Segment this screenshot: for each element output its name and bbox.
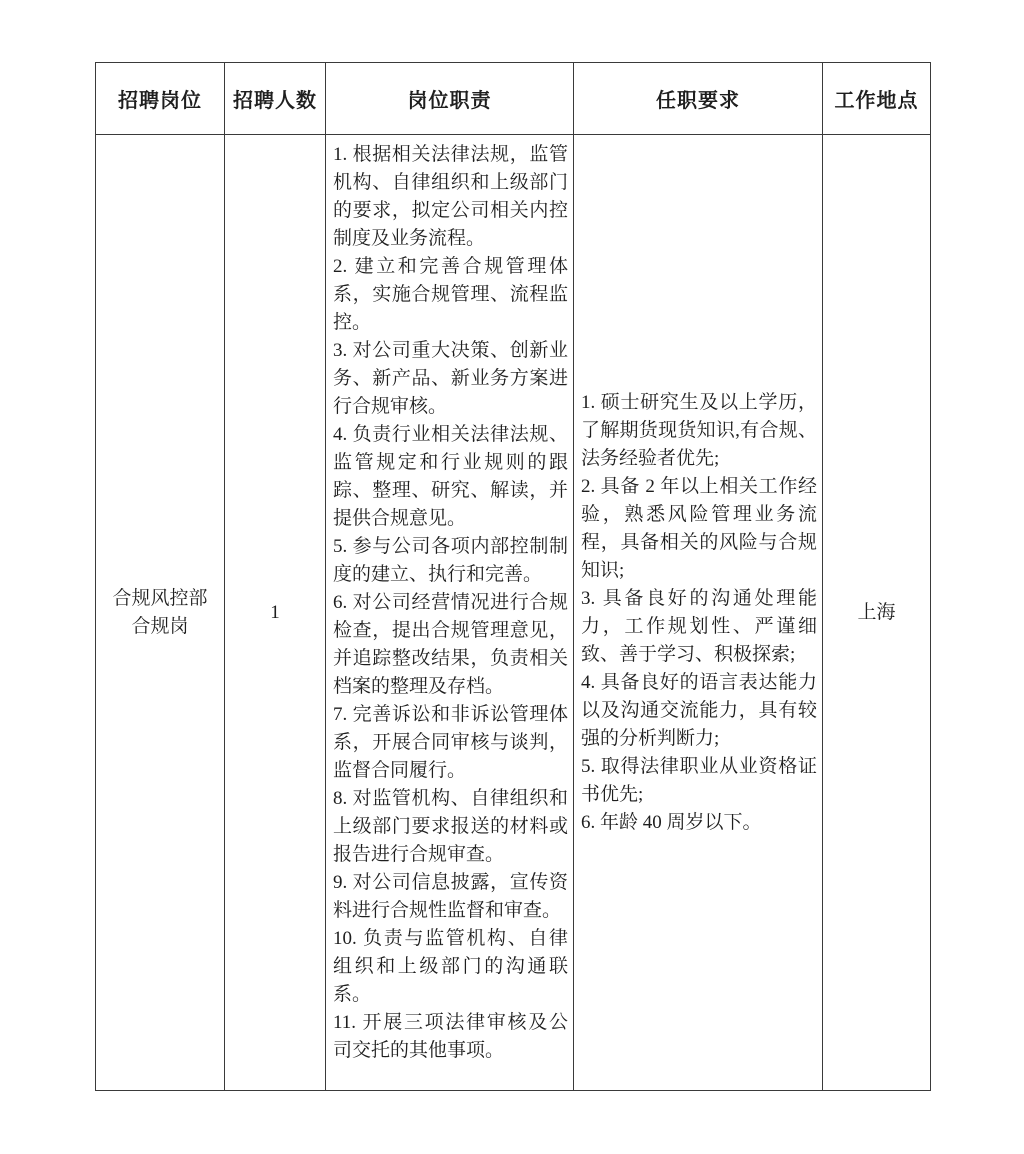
requirement-item: 4. 具备良好的语言表达能力以及沟通交流能力，具有较强的分析判断力; (581, 669, 817, 753)
responsibility-item: 9. 对公司信息披露，宣传资料进行合规性监督和审查。 (333, 869, 568, 925)
header-row: 招聘岗位 招聘人数 岗位职责 任职要求 工作地点 (96, 63, 931, 135)
cell-location: 上海 (823, 135, 931, 1091)
responsibility-item: 4. 负责行业相关法律法规、监管规定和行业规则的跟踪、整理、研究、解读，并提供合… (333, 421, 568, 533)
requirement-item: 2. 具备 2 年以上相关工作经验，熟悉风险管理业务流程，具备相关的风险与合规知… (581, 473, 817, 585)
responsibility-item: 1. 根据相关法律法规，监管机构、自律组织和上级部门的要求，拟定公司相关内控制度… (333, 141, 568, 253)
header-cell-responsibilities: 岗位职责 (326, 63, 574, 135)
cell-position: 合规风控部 合规岗 (96, 135, 225, 1091)
responsibility-item: 8. 对监管机构、自律组织和上级部门要求报送的材料或报告进行合规审查。 (333, 785, 568, 869)
responsibility-item: 7. 完善诉讼和非诉讼管理体系，开展合同审核与谈判，监督合同履行。 (333, 701, 568, 785)
responsibility-item: 5. 参与公司各项内部控制制度的建立、执行和完善。 (333, 533, 568, 589)
header-cell-location: 工作地点 (823, 63, 931, 135)
responsibility-item: 10. 负责与监管机构、自律组织和上级部门的沟通联系。 (333, 925, 568, 1009)
responsibility-item: 3. 对公司重大决策、创新业务、新产品、新业务方案进行合规审核。 (333, 337, 568, 421)
header-cell-requirements: 任职要求 (574, 63, 823, 135)
cell-responsibilities: 1. 根据相关法律法规，监管机构、自律组织和上级部门的要求，拟定公司相关内控制度… (326, 135, 574, 1091)
header-cell-position: 招聘岗位 (96, 63, 225, 135)
recruitment-table: 招聘岗位 招聘人数 岗位职责 任职要求 工作地点 合规风控部 合规岗 1 1. … (95, 62, 931, 1091)
requirement-item: 5. 取得法律职业从业资格证书优先; (581, 753, 817, 809)
table-row: 合规风控部 合规岗 1 1. 根据相关法律法规，监管机构、自律组织和上级部门的要… (96, 135, 931, 1091)
header-cell-headcount: 招聘人数 (225, 63, 326, 135)
requirement-item: 6. 年龄 40 周岁以下。 (581, 809, 817, 837)
cell-headcount: 1 (225, 135, 326, 1091)
responsibility-item: 2. 建立和完善合规管理体系，实施合规管理、流程监控。 (333, 253, 568, 337)
requirement-item: 3. 具备良好的沟通处理能力，工作规划性、严谨细致、善于学习、积极探索; (581, 585, 817, 669)
requirement-item: 1. 硕士研究生及以上学历，了解期货现货知识,有合规、法务经验者优先; (581, 389, 817, 473)
cell-requirements: 1. 硕士研究生及以上学历，了解期货现货知识,有合规、法务经验者优先; 2. 具… (574, 135, 823, 1091)
document-page: 招聘岗位 招聘人数 岗位职责 任职要求 工作地点 合规风控部 合规岗 1 1. … (0, 0, 1024, 1154)
responsibility-item: 11. 开展三项法律审核及公司交托的其他事项。 (333, 1009, 568, 1065)
responsibility-item: 6. 对公司经营情况进行合规检查，提出合规管理意见，并追踪整改结果，负责相关档案… (333, 589, 568, 701)
